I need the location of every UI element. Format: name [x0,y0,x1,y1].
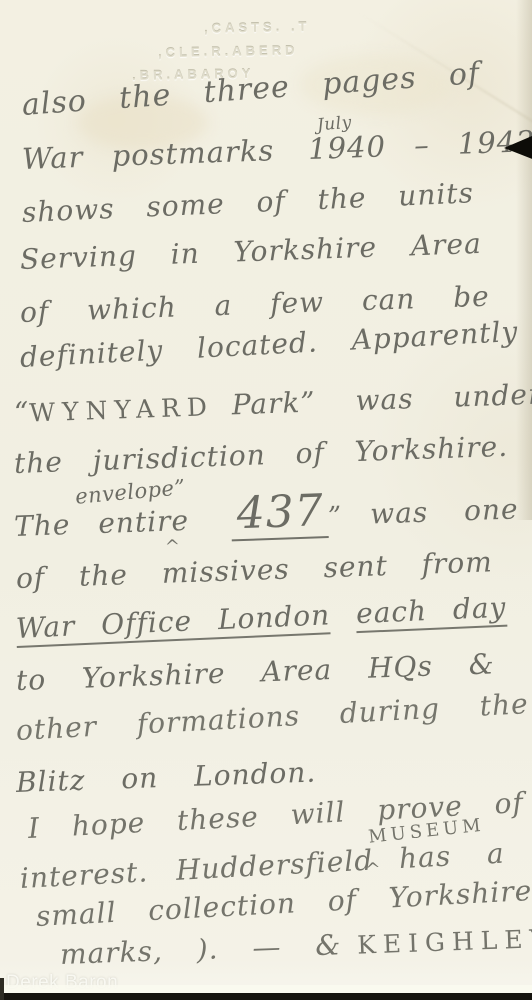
handwritten-line-3: shows some of the units [21,176,474,229]
letterhead-line-1: ,CASTS. .T [204,19,311,36]
scan-corner-mark [0,978,4,1000]
line9-post: was one [370,492,519,530]
inserted-word-july: July [316,113,352,136]
caret-mark: ^ [365,859,382,881]
underline-each-day: each day [355,591,507,634]
handwritten-line-9: envelope”^The entire437”was one [13,482,519,544]
handwritten-line-11: War Office Londoneach day [15,591,507,645]
handwritten-line-12: to Yorkshire Area HQs & [15,647,495,697]
line18-pre: marks, ). — & [59,928,341,971]
handwritten-line-18: marks, ). — &KEIGHLEY [59,921,532,971]
line9-pre: The entire [14,504,190,543]
line2-text: War postmarks [21,133,274,176]
handwritten-line-13: other formations during the [15,687,529,747]
handwritten-line-4: Serving in Yorkshire Area [19,227,482,276]
scan-edge-bar [0,993,532,1000]
paper-bottom-edge [0,985,532,993]
number-437: 437 [230,485,329,541]
letterhead-line-2: ,CLE.R.ABERD [158,43,299,60]
handwritten-line-14: Blitz on London. [15,756,316,799]
wynyard-name: WYNYARD [29,392,214,427]
scanned-letter-page: ,CASTS. .T ,CLE.R.ABERD .BR.ABAROY also … [0,0,532,1000]
close-quote: ” [327,502,342,532]
handwritten-line-10: of the missives sent from [15,545,493,595]
line7-rest: Park” was under [231,378,532,422]
open-quote: “ [13,395,29,429]
handwritten-line-8: the jurisdiction of Yorkshire. [13,430,508,480]
caret-mark: ^ [165,536,182,558]
right-edge-shadow [516,0,532,520]
underline-war-office-london: War Office London [15,598,331,648]
keighley-caps: KEIGHLEY [357,924,532,960]
handwritten-line-7: “WYNYARDPark” was under [13,378,532,429]
